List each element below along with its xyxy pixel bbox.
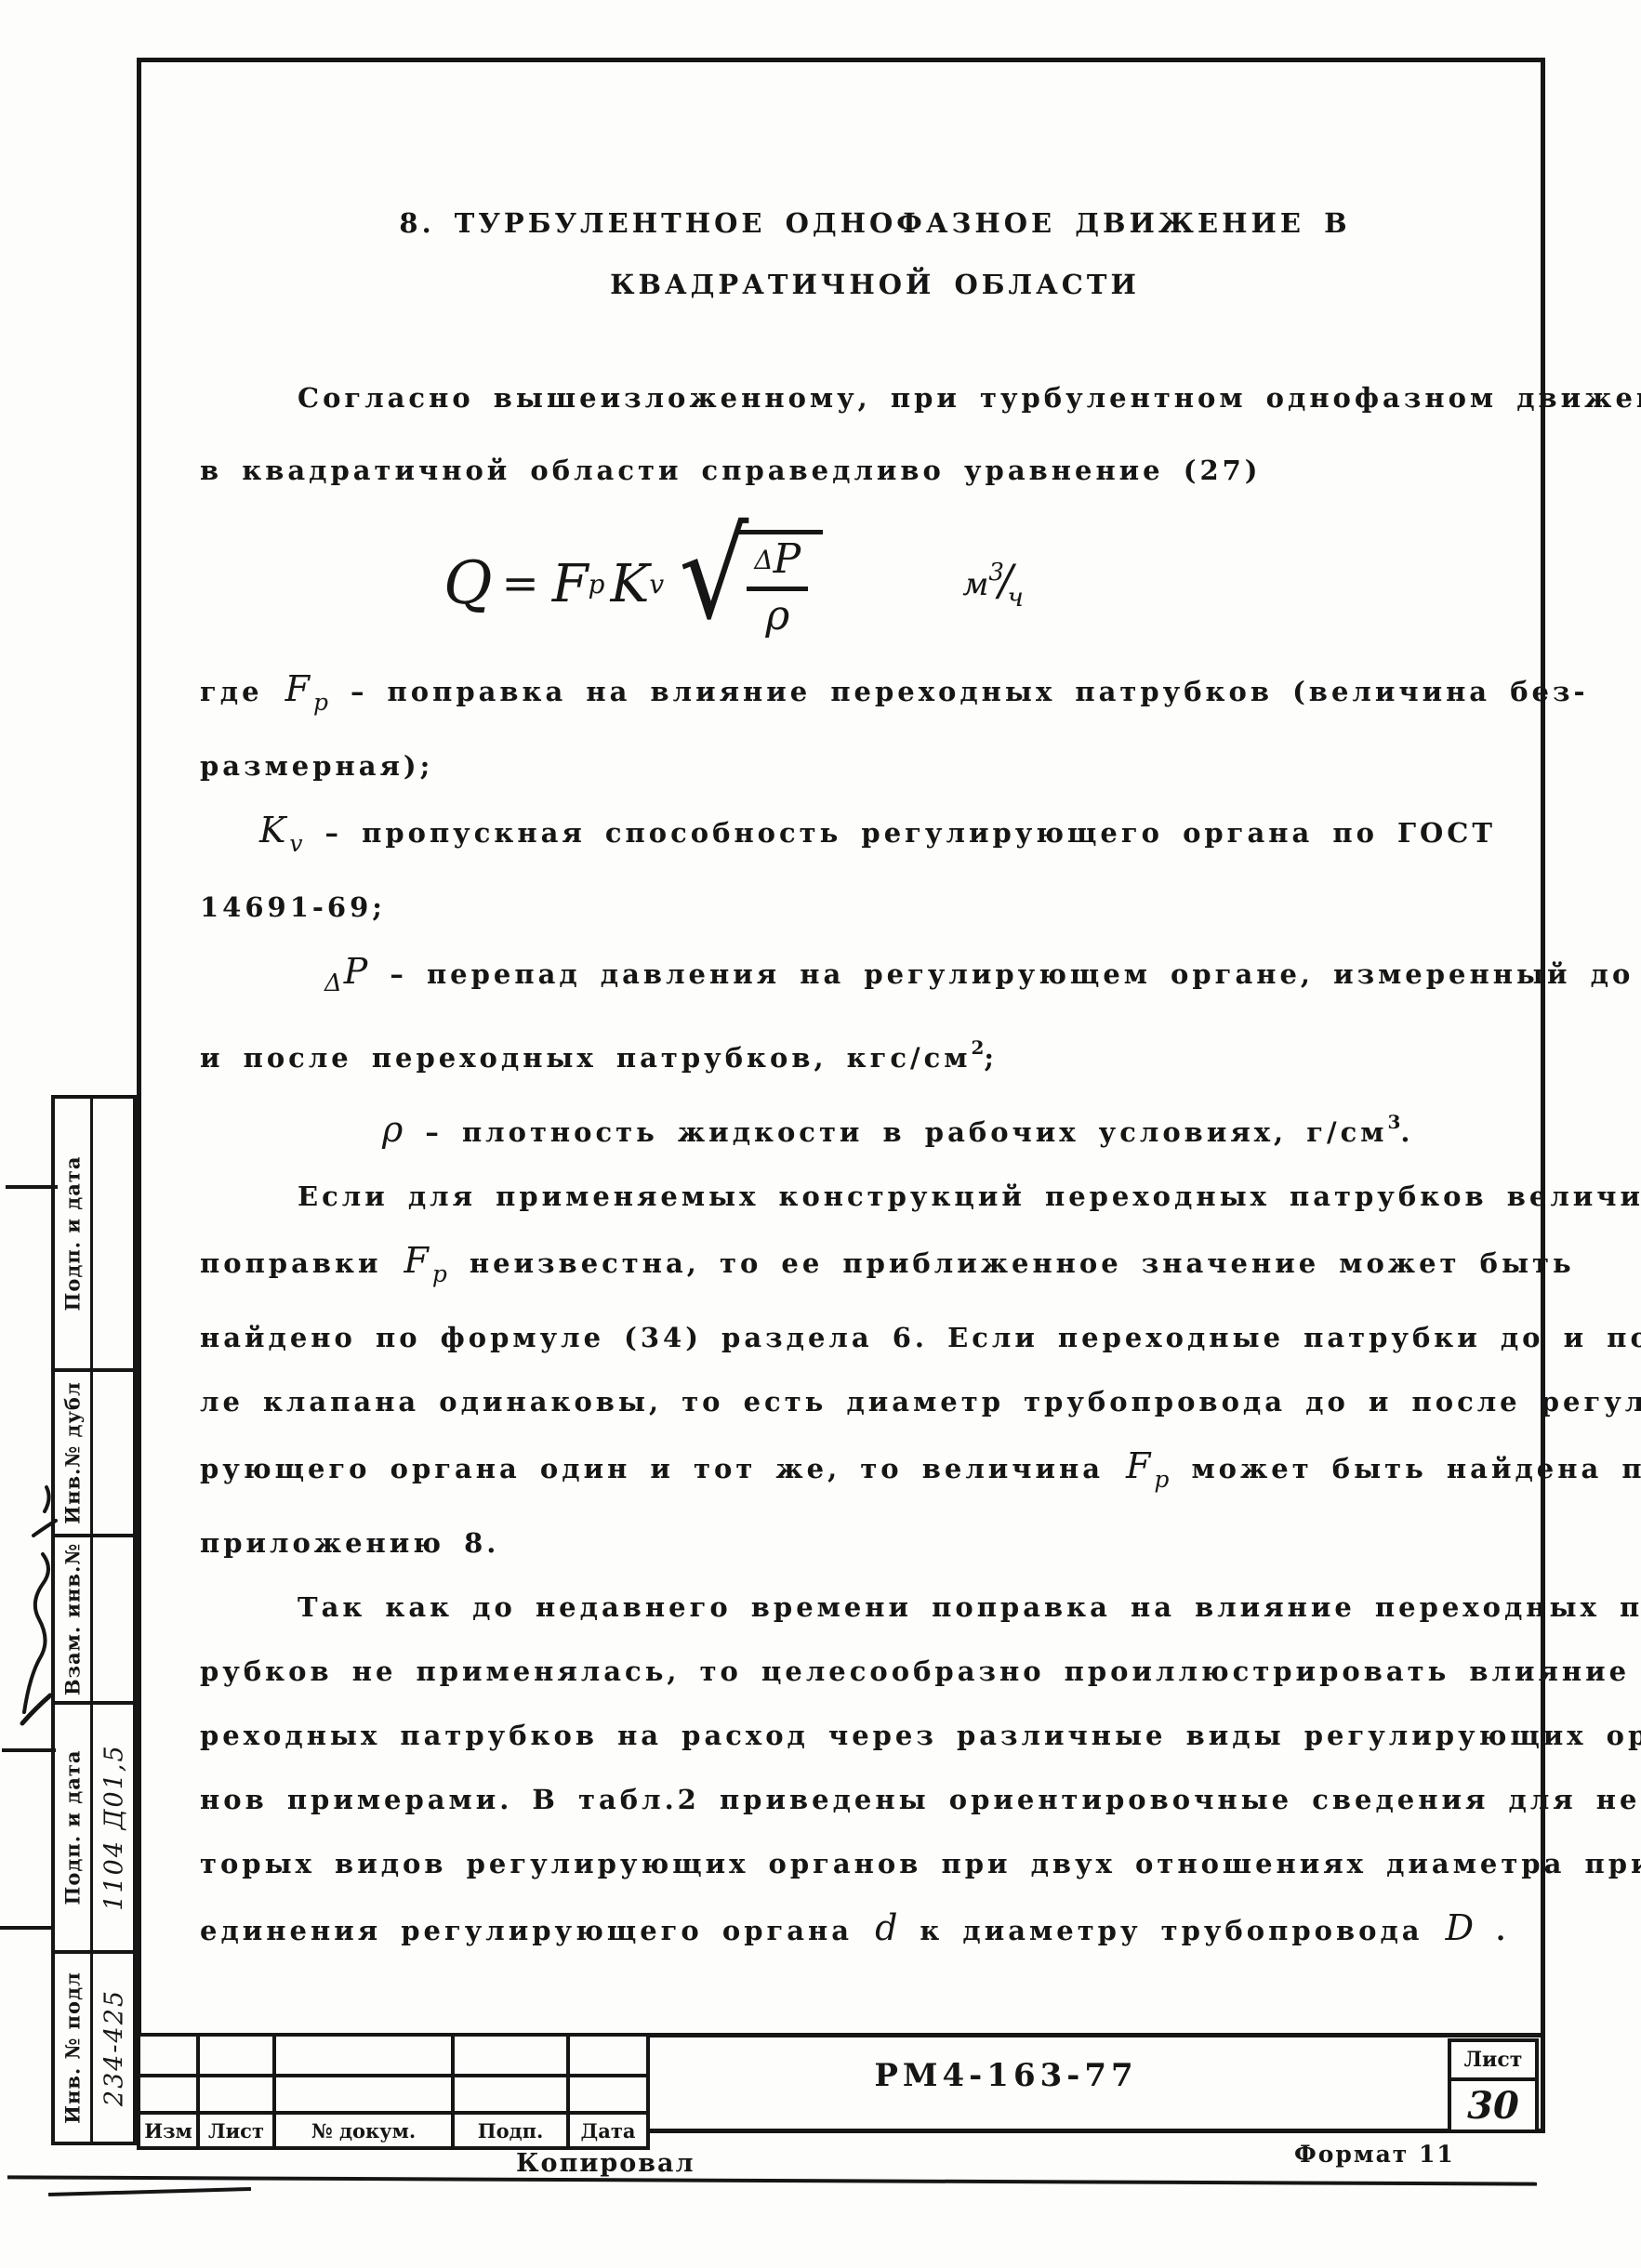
sheet-bottom-edge xyxy=(48,2187,251,2196)
formula-f: F xyxy=(552,554,589,614)
formula-f-sub: p xyxy=(589,569,605,600)
sidebar-cell-label: Подп. и дата xyxy=(61,1156,85,1312)
sheet-bottom-edge xyxy=(7,2175,1537,2185)
text-line: приложению 8. xyxy=(200,1511,1550,1576)
fraction-denominator: ρ xyxy=(765,591,789,638)
revision-col-header: Лист xyxy=(200,2115,272,2146)
cell-divider xyxy=(90,1537,93,1701)
text-segment: – перепад давления на регулирующем орган… xyxy=(390,958,1634,990)
sheet-number-box: Лист 30 xyxy=(1448,2038,1539,2133)
cell-divider xyxy=(90,1954,93,2142)
text-segment: 2 xyxy=(971,1036,984,1059)
text-segment: p xyxy=(313,689,328,716)
formula-equals: = xyxy=(501,558,538,610)
marginal-handwriting-scribble xyxy=(15,1480,63,1759)
text-segment: K xyxy=(259,810,285,850)
sidebar-cell-label: Инв.№ дубл xyxy=(61,1381,85,1524)
text-segment: размерная); xyxy=(200,750,433,782)
text-line: в квадратичной области справедливо уравн… xyxy=(200,434,1550,507)
scanned-document-page: 8. ТУРБУЛЕНТНОЕ ОДНОФАЗНОЕ ДВИЖЕНИЕ В КВ… xyxy=(0,0,1641,2268)
sheet-label: Лист xyxy=(1451,2042,1535,2077)
revision-table: ИзмЛист№ докум.Подп.Дата xyxy=(137,2033,650,2150)
text-segment: 14691-69; xyxy=(200,891,386,923)
equation-27: Q = F p K v √ ΔP ρ м3∕ч xyxy=(200,514,1550,653)
text-segment: единения регулирующего органа xyxy=(200,1915,853,1946)
text-segment: к диаметру трубопровода xyxy=(920,1915,1423,1946)
text-line: ле клапана одинаковы, то есть диаметр тр… xyxy=(200,1370,1550,1434)
sidebar-cell-label: Взам. инв.№ xyxy=(61,1543,85,1695)
text-content: 8. ТУРБУЛЕНТНОЕ ОДНОФАЗНОЕ ДВИЖЕНИЕ В КВ… xyxy=(200,62,1550,1963)
revision-empty-cell xyxy=(276,2077,451,2111)
revision-empty-cell xyxy=(570,2077,646,2111)
radical-sign-icon: √ xyxy=(679,524,748,625)
text-line: найдено по формуле (34) раздела 6. Если … xyxy=(200,1306,1550,1370)
revision-empty-cell xyxy=(140,2077,196,2111)
handwritten-note: 1104 Д01,5 xyxy=(100,1744,129,1910)
text-line: Так как до недавнего времени поправка на… xyxy=(200,1576,1550,1640)
text-line: реходных патрубков на расход через разли… xyxy=(200,1704,1550,1768)
revision-empty-cell xyxy=(276,2037,451,2074)
revision-col-header: № докум. xyxy=(276,2115,451,2146)
text-line: рующего органа один и тот же, то величин… xyxy=(200,1434,1550,1511)
margin-tick xyxy=(0,1926,51,1930)
text-segment: реходных патрубков на расход через разли… xyxy=(200,1720,1641,1751)
text-segment: поправки xyxy=(200,1247,381,1279)
document-number: РМ4-163-77 xyxy=(792,2057,1220,2094)
text-segment: найдено по формуле (34) раздела 6. Если … xyxy=(200,1322,1641,1353)
text-line: Kv– пропускная способность регулирующего… xyxy=(200,798,1550,876)
text-segment: приложению 8. xyxy=(200,1527,499,1559)
text-segment: . xyxy=(1496,1915,1509,1946)
revision-empty-cell xyxy=(570,2037,646,2074)
text-segment: в квадратичной области справедливо уравн… xyxy=(200,455,1262,486)
sidebar-cell-label: Инв. № подл xyxy=(61,1971,85,2124)
text-segment: неизвестна, то ее приближенное значение … xyxy=(470,1247,1575,1279)
sidebar-cell: Взам. инв.№ xyxy=(55,1537,133,1705)
text-line: ΔP– перепад давления на регулирующем орг… xyxy=(200,940,1550,1016)
text-segment: d xyxy=(875,1907,897,1948)
text-line: размерная); xyxy=(200,734,1550,798)
formula-q: Q xyxy=(443,549,492,618)
kopiroval-label: Копировал xyxy=(516,2149,695,2178)
heading-line-2: КВАДРАТИЧНОЙ ОБЛАСТИ xyxy=(200,254,1550,315)
text-segment: . xyxy=(1400,1116,1413,1148)
text-segment: рубков не применялась, то целесообразно … xyxy=(200,1655,1641,1687)
format-label: Формат 11 xyxy=(1294,2141,1455,2168)
eskd-sidebar: Подп. и датаИнв.№ дублВзам. инв.№Подп. и… xyxy=(51,1095,137,2145)
sheet-number: 30 xyxy=(1451,2077,1535,2130)
intro-paragraph: Согласно вышеизложенному, при турбулентн… xyxy=(200,362,1550,507)
text-segment: F xyxy=(404,1240,428,1281)
drawing-frame: 8. ТУРБУЛЕНТНОЕ ОДНОФАЗНОЕ ДВИЖЕНИЕ В КВ… xyxy=(137,58,1545,2133)
revision-empty-cell xyxy=(140,2037,196,2074)
text-segment: может быть найдена по xyxy=(1191,1453,1641,1484)
revision-empty-cell xyxy=(200,2077,272,2111)
text-segment: где xyxy=(200,676,263,707)
text-segment: ле клапана одинаковы, то есть диаметр тр… xyxy=(200,1386,1641,1417)
text-segment: Если для применяемых конструкций переход… xyxy=(298,1180,1641,1212)
sidebar-cell: Инв. № подл234-425 xyxy=(55,1954,133,2142)
text-segment: F xyxy=(1126,1445,1150,1486)
formula-fraction: ΔP ρ xyxy=(737,530,823,638)
text-line: торых видов регулирующих органов при дву… xyxy=(200,1832,1550,1896)
revision-col-header: Дата xyxy=(570,2115,646,2146)
sidebar-cell-label: Подп. и дата xyxy=(61,1750,85,1905)
text-line: гдеFp– поправка на влияние переходных па… xyxy=(200,657,1550,734)
unit-meter: м xyxy=(962,566,988,603)
revision-col-header: Подп. xyxy=(455,2115,566,2146)
text-line: 14691-69; xyxy=(200,876,1550,940)
text-segment: F xyxy=(285,668,310,709)
text-segment: – поправка на влияние переходных патрубк… xyxy=(351,676,1589,707)
text-segment: Согласно вышеизложенному, при турбулентн… xyxy=(298,382,1641,414)
text-segment: P xyxy=(344,951,368,992)
revision-empty-cell xyxy=(200,2037,272,2074)
delta-symbol: Δ xyxy=(754,545,773,575)
text-segment: торых видов регулирующих органов при дву… xyxy=(200,1848,1641,1879)
body-paragraphs: гдеFp– поправка на влияние переходных па… xyxy=(200,657,1550,1963)
text-segment: p xyxy=(1154,1466,1169,1493)
text-segment: нов примерами. В табл.2 приведены ориент… xyxy=(200,1784,1641,1815)
sidebar-cell: Подп. и дата xyxy=(55,1099,133,1372)
text-segment: рующего органа один и тот же, то величин… xyxy=(200,1453,1104,1484)
pressure-symbol: P xyxy=(774,535,801,583)
text-line: единения регулирующего органаdк диаметру… xyxy=(200,1896,1550,1963)
text-segment: D xyxy=(1446,1907,1474,1948)
sidebar-cell: Подп. и дата1104 Д01,5 xyxy=(55,1705,133,1954)
text-line: Если для применяемых конструкций переход… xyxy=(200,1165,1550,1229)
heading-line-1: 8. ТУРБУЛЕНТНОЕ ОДНОФАЗНОЕ ДВИЖЕНИЕ В xyxy=(200,192,1550,254)
revision-empty-cell xyxy=(455,2037,566,2074)
formula-radical: √ ΔP ρ xyxy=(679,530,823,638)
text-segment: ; xyxy=(984,1042,998,1074)
text-segment: – пропускная способность регулирующего о… xyxy=(325,817,1496,849)
sidebar-cell: Инв.№ дубл xyxy=(55,1372,133,1537)
text-line: нов примерами. В табл.2 приведены ориент… xyxy=(200,1768,1550,1832)
text-segment: v xyxy=(289,830,302,857)
text-segment: – плотность жидкости в рабочих условиях,… xyxy=(425,1116,1387,1148)
text-segment: p xyxy=(432,1260,447,1287)
text-segment: ρ xyxy=(382,1109,403,1150)
handwritten-note: 234-425 xyxy=(100,1989,129,2106)
cell-divider xyxy=(90,1099,93,1368)
formula-unit: м3∕ч xyxy=(962,555,1024,613)
text-segment: Δ xyxy=(324,969,342,997)
section-heading: 8. ТУРБУЛЕНТНОЕ ОДНОФАЗНОЕ ДВИЖЕНИЕ В КВ… xyxy=(200,62,1550,315)
cell-divider xyxy=(90,1372,93,1534)
text-line: поправкиFpнеизвестна, то ее приближенное… xyxy=(200,1229,1550,1306)
text-segment: 3 xyxy=(1387,1111,1400,1133)
text-line: и после переходных патрубков, кгс/см2; xyxy=(200,1016,1550,1090)
revision-empty-cell xyxy=(455,2077,566,2111)
revision-col-header: Изм xyxy=(140,2115,196,2146)
fraction-numerator: ΔP xyxy=(747,538,808,591)
formula-k: K xyxy=(610,554,649,614)
text-line: ρ– плотность жидкости в рабочих условиях… xyxy=(200,1090,1550,1165)
margin-tick xyxy=(6,1185,58,1189)
cell-divider xyxy=(90,1705,93,1950)
text-line: Согласно вышеизложенному, при турбулентн… xyxy=(200,362,1550,434)
text-line: рубков не применялась, то целесообразно … xyxy=(200,1640,1550,1704)
text-segment: и после переходных патрубков, кгс/см xyxy=(200,1042,971,1074)
formula-k-sub: v xyxy=(649,569,664,600)
text-segment: Так как до недавнего времени поправка на… xyxy=(298,1591,1641,1623)
unit-hour: ч xyxy=(1007,582,1023,613)
